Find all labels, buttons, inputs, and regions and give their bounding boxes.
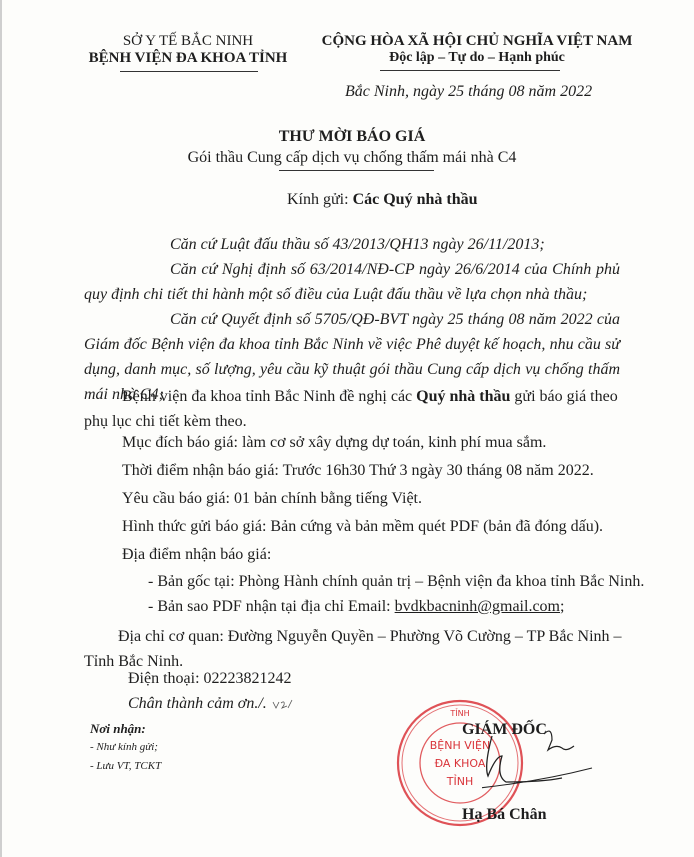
phone-line: Điện thoại: 02223821242	[128, 670, 292, 688]
request-text-bold: Quý nhà thầu	[416, 388, 510, 405]
svg-text:TỈNH: TỈNH	[446, 774, 473, 788]
initials-mark-icon	[271, 698, 293, 710]
recipient-value: Các Quý nhà thầu	[353, 191, 478, 208]
request-text-pre: Bệnh viện đa khoa tỉnh Bắc Ninh đề nghị …	[122, 388, 416, 405]
address-paragraph: Địa chỉ cơ quan: Đường Nguyễn Quyền – Ph…	[84, 624, 644, 674]
thanks-text: Chân thành cảm ơn./.	[128, 695, 267, 712]
location-copy-text: - Bản sao PDF nhận tại địa chỉ Email:	[148, 598, 395, 615]
department-name: SỞ Y TẾ BẮC NINH	[86, 33, 290, 50]
hospital-name: BỆNH VIỆN ĐA KHOA TỈNH	[86, 50, 290, 67]
request-paragraph: Bệnh viện đa khoa tỉnh Bắc Ninh đề nghị …	[84, 384, 632, 434]
location-original: - Bản gốc tại: Phòng Hành chính quản trị…	[148, 573, 644, 591]
thanks-line: Chân thành cảm ơn./.	[128, 695, 293, 713]
requirement-line: Yêu cầu báo giá: 01 bản chính bằng tiếng…	[122, 490, 422, 508]
header-right-underline	[380, 70, 560, 71]
location-label: Địa điểm nhận báo giá:	[122, 546, 271, 564]
recipients-label: Nơi nhận:	[90, 721, 146, 737]
basis-law: Căn cứ Luật đấu thầu số 43/2013/QH13 ngà…	[84, 232, 620, 257]
email-link[interactable]: bvdkbacninh@gmail.com	[395, 598, 560, 615]
location-copy: - Bản sao PDF nhận tại địa chỉ Email: bv…	[148, 598, 564, 616]
document-title: THƯ MỜI BÁO GIÁ	[102, 128, 602, 146]
svg-text:TỈNH: TỈNH	[449, 707, 469, 718]
recipient-item: - Như kính gửi;	[90, 741, 158, 753]
svg-text:ĐA KHOA: ĐA KHOA	[435, 757, 486, 770]
director-name: Hạ Bá Chân	[462, 806, 546, 824]
basis-decree: Căn cứ Nghị định số 63/2014/NĐ-CP ngày 2…	[84, 257, 620, 307]
national-motto: Độc lập – Tự do – Hạnh phúc	[312, 50, 642, 66]
title-underline	[279, 170, 434, 171]
purpose-line: Mục đích báo giá: làm cơ sở xây dựng dự …	[122, 434, 546, 452]
document-page: SỞ Y TẾ BẮC NINH BỆNH VIỆN ĐA KHOA TỈNH …	[0, 0, 694, 857]
location-copy-end: ;	[560, 598, 564, 615]
signature-icon	[482, 726, 652, 796]
deadline-line: Thời điểm nhận báo giá: Trước 16h30 Thứ …	[122, 462, 594, 480]
date-line: Bắc Ninh, ngày 25 tháng 08 năm 2022	[345, 83, 592, 101]
recipient-line: Kính gửi: Các Quý nhà thầu	[287, 191, 477, 209]
format-line: Hình thức gửi báo giá: Bản cứng và bản m…	[122, 518, 603, 536]
recipient-item: - Lưu VT, TCKT	[90, 760, 161, 772]
document-subtitle: Gói thầu Cung cấp dịch vụ chống thấm mái…	[102, 149, 602, 167]
recipient-label: Kính gửi:	[287, 191, 353, 208]
header-left-underline	[120, 71, 258, 72]
national-title: CỘNG HÒA XÃ HỘI CHỦ NGHĨA VIỆT NAM	[312, 33, 642, 50]
